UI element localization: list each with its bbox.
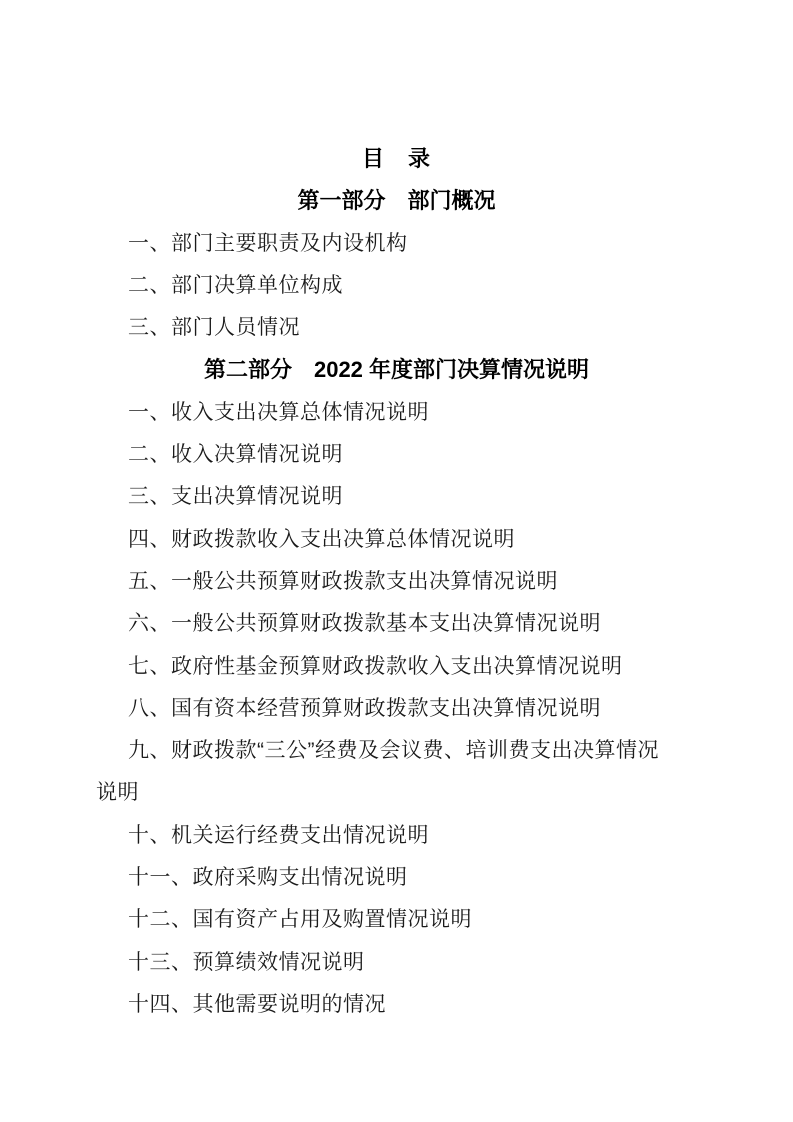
toc-item-line: 九、财政拨款“三公”经费及会议费、培训费支出决算情况 [96, 730, 697, 772]
toc-item: 三、支出决算情况说明 [96, 476, 697, 518]
toc-item: 八、国有资本经营预算财政拨款支出决算情况说明 [96, 688, 697, 730]
toc-item-line: 四、财政拨款收入支出决算总体情况说明 [96, 519, 697, 561]
toc-item-line: 八、国有资本经营预算财政拨款支出决算情况说明 [96, 688, 697, 730]
toc-item: 九、财政拨款“三公”经费及会议费、培训费支出决算情况说明 [96, 730, 697, 815]
toc-item: 十四、其他需要说明的情况 [96, 984, 697, 1026]
toc-item: 一、部门主要职责及内设机构 [96, 223, 697, 265]
toc-item-line: 十四、其他需要说明的情况 [96, 984, 697, 1026]
toc-body: 第一部分 部门概况一、部门主要职责及内设机构二、部门决算单位构成三、部门人员情况… [96, 180, 697, 1026]
toc-item-line: 一、收入支出决算总体情况说明 [96, 392, 697, 434]
toc-item-line: 十、机关运行经费支出情况说明 [96, 815, 697, 857]
toc-item-continuation-line: 说明 [96, 772, 697, 814]
toc-item-line: 七、政府性基金预算财政拨款收入支出决算情况说明 [96, 646, 697, 688]
toc-title: 目 录 [96, 138, 697, 180]
toc-item-line: 三、支出决算情况说明 [96, 476, 697, 518]
toc-item-line: 五、一般公共预算财政拨款支出决算情况说明 [96, 561, 697, 603]
toc-item-line: 二、收入决算情况说明 [96, 434, 697, 476]
toc-item: 五、一般公共预算财政拨款支出决算情况说明 [96, 561, 697, 603]
toc-item: 一、收入支出决算总体情况说明 [96, 392, 697, 434]
toc-item: 十三、预算绩效情况说明 [96, 942, 697, 984]
toc-item: 十二、国有资产占用及购置情况说明 [96, 899, 697, 941]
document-page: 目 录 第一部分 部门概况一、部门主要职责及内设机构二、部门决算单位构成三、部门… [0, 0, 793, 1122]
toc-item-line: 十二、国有资产占用及购置情况说明 [96, 899, 697, 941]
toc-item-line: 六、一般公共预算财政拨款基本支出决算情况说明 [96, 603, 697, 645]
toc-item-line: 十一、政府采购支出情况说明 [96, 857, 697, 899]
section-heading-2: 第二部分 2022 年度部门决算情况说明 [96, 349, 697, 391]
section-heading-1: 第一部分 部门概况 [96, 180, 697, 222]
toc-item-line: 三、部门人员情况 [96, 307, 697, 349]
toc-item-line: 二、部门决算单位构成 [96, 265, 697, 307]
toc-item: 二、部门决算单位构成 [96, 265, 697, 307]
toc-item: 三、部门人员情况 [96, 307, 697, 349]
toc-item: 十、机关运行经费支出情况说明 [96, 815, 697, 857]
toc-item: 二、收入决算情况说明 [96, 434, 697, 476]
toc-item: 四、财政拨款收入支出决算总体情况说明 [96, 519, 697, 561]
toc-item: 七、政府性基金预算财政拨款收入支出决算情况说明 [96, 646, 697, 688]
toc-item-line: 一、部门主要职责及内设机构 [96, 223, 697, 265]
toc-item: 十一、政府采购支出情况说明 [96, 857, 697, 899]
toc-item: 六、一般公共预算财政拨款基本支出决算情况说明 [96, 603, 697, 645]
toc-item-line: 十三、预算绩效情况说明 [96, 942, 697, 984]
